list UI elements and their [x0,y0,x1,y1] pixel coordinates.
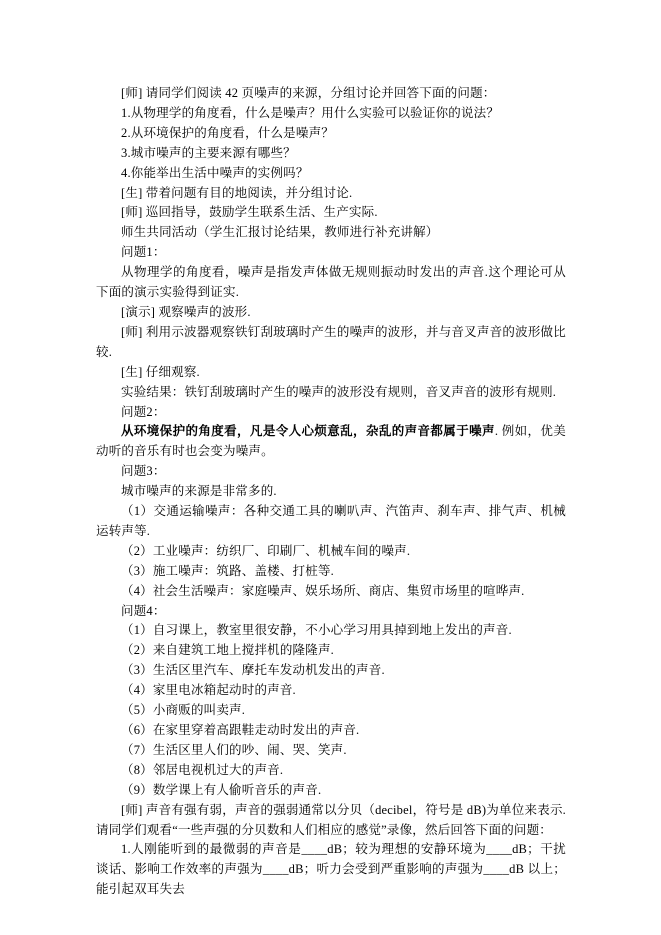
experiment-result: 实验结果：铁钉刮玻璃时产生的噪声的波形没有规则，音叉声音的波形有规则. [96,383,566,403]
teacher-oscilloscope-demo: [师] 利用示波器观察铁钉刮玻璃时产生的噪声的波形，并与音叉声音的波形做比较. [96,323,566,363]
noise-example-9: （9）数学课上有人偷听音乐的声音. [96,781,566,801]
discussion-question-2: 2.从环境保护的角度看，什么是噪声？ [96,124,566,144]
noise-example-2: （2）来自建筑工地上搅拌机的隆隆声. [96,641,566,661]
problem-3-intro: 城市噪声的来源是非常多的. [96,482,566,502]
discussion-question-1: 1.从物理学的角度看，什么是噪声？用什么实验可以验证你的说法？ [96,104,566,124]
problem-2-answer-bold: 从环境保护的角度看，凡是令人心烦意乱，杂乱的声音都属于噪声 [121,424,495,438]
noise-example-7: （7）生活区里人们的吵、闹、哭、笑声. [96,741,566,761]
problem-2-answer: 从环境保护的角度看，凡是令人心烦意乱，杂乱的声音都属于噪声. 例如，优美动听的音… [96,422,566,462]
demo-label: [演示] 观察噪声的波形. [96,303,566,323]
fill-in-blank-question: 1.人刚能听到的最微弱的声音是____dB；较为理想的安静环境为____dB；干… [96,840,566,900]
document-page: [师] 请同学们阅读 42 页噪声的来源，分组讨论并回答下面的问题： 1.从物理… [96,84,566,900]
noise-source-traffic: （1）交通运输噪声：各种交通工具的喇叭声、汽笛声、刹车声、排气声、机械运转声等. [96,502,566,542]
joint-activity-note: 师生共同活动（学生汇报讨论结果，教师进行补充讲解） [96,223,566,243]
problem-1-heading: 问题1： [96,243,566,263]
teacher-decibel-intro: [师] 声音有强有弱，声音的强弱通常以分贝（decibel，符号是 dB)为单位… [96,801,566,841]
teacher-patrol-guidance: [师] 巡回指导，鼓励学生联系生活、生产实际. [96,203,566,223]
noise-example-3: （3）生活区里汽车、摩托车发动机发出的声音. [96,661,566,681]
problem-1-answer: 从物理学的角度看，噪声是指发声体做无规则振动时发出的声音.这个理论可从下面的演示… [96,263,566,303]
noise-example-6: （6）在家里穿着高跟鞋走动时发出的声音. [96,721,566,741]
student-activity: [生] 带着问题有目的地阅读，并分组讨论. [96,184,566,204]
noise-source-industry: （2）工业噪声：纺织厂、印刷厂、机械车间的噪声. [96,542,566,562]
problem-3-heading: 问题3： [96,462,566,482]
noise-source-social: （4）社会生活噪声：家庭噪声、娱乐场所、商店、集贸市场里的喧哗声. [96,582,566,602]
noise-source-construction: （3）施工噪声：筑路、盖楼、打桩等. [96,562,566,582]
noise-example-1: （1）自习课上，教室里很安静，不小心学习用具掉到地上发出的声音. [96,621,566,641]
discussion-question-3: 3.城市噪声的主要来源有哪些？ [96,144,566,164]
teacher-reading-instruction: [师] 请同学们阅读 42 页噪声的来源，分组讨论并回答下面的问题： [96,84,566,104]
student-observation: [生] 仔细观察. [96,363,566,383]
problem-4-heading: 问题4： [96,602,566,622]
problem-2-heading: 问题2： [96,403,566,423]
noise-example-5: （5）小商贩的叫卖声. [96,701,566,721]
noise-example-8: （8）邻居电视机过大的声音. [96,761,566,781]
noise-example-4: （4）家里电冰箱起动时的声音. [96,681,566,701]
discussion-question-4: 4.你能举出生活中噪声的实例吗？ [96,164,566,184]
